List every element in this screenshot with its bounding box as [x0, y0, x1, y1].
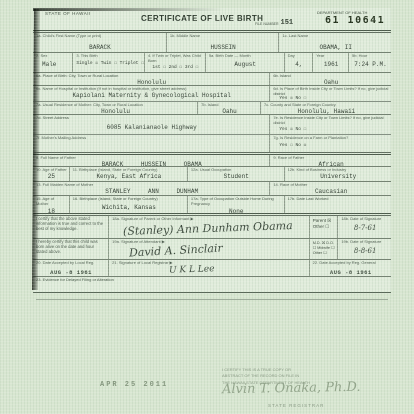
- field-label: 7g. Is Residence on a Farm or Plantation…: [273, 136, 389, 141]
- field-value: Student: [191, 173, 282, 180]
- field-label: 7e. Is Residence Inside City or Town Lim…: [273, 116, 389, 125]
- certificate-title: CERTIFICATE OF LIVE BIRTH: [141, 14, 263, 23]
- field-label: 17a. Type of Occupation Outside Home Dur…: [191, 197, 282, 206]
- field-farm: 7g. Is Residence on a Farm or Plantation…: [269, 135, 391, 152]
- field-value: Caucasian: [273, 188, 389, 195]
- certificate-header: STATE OF HAWAII CERTIFICATE OF LIVE BIRT…: [33, 8, 391, 30]
- field-value: OBAMA, II: [282, 44, 389, 51]
- field-label: 17b. Date Last Worked: [288, 197, 389, 202]
- field-value: 4,: [288, 61, 311, 68]
- field-value: August: [209, 61, 282, 68]
- field-pob-city: 6a. Place of Birth: City, Town or Rural …: [33, 73, 269, 85]
- field-twin-order: 4. If Twin or Triplet, Was Child Born 1s…: [144, 53, 205, 72]
- field-this-birth: 3. This Birth Single ☒ Twin ☐ Triplet ☐: [72, 53, 144, 72]
- scan-edge-top-artifact: [33, 8, 223, 11]
- field-label: 10. Age of Father: [36, 168, 67, 173]
- scanned-birth-certificate: { "header": { "state": "STATE OF HAWAII"…: [0, 0, 414, 414]
- attendant-signature-cell: 19a. Signature of Attendant ▶ David A. S…: [108, 239, 309, 259]
- field-label: 1c. Last Name: [282, 34, 389, 39]
- field-res-island: 7b. Island Oahu: [197, 102, 260, 114]
- field-value: University: [288, 173, 389, 180]
- field-label: 19b. Date of Signature: [341, 240, 389, 245]
- field-child-first-name: 1a. Child's First Name (Type or print) B…: [33, 33, 166, 52]
- field-father-industry: 12b. Kind of Business or Industry Univer…: [284, 167, 391, 181]
- field-label: 16. Birthplace (Island, State or Foreign…: [73, 197, 185, 202]
- row-mailing-address: 7f. Mother's Mailing Address 7g. Is Resi…: [33, 134, 391, 152]
- informant-signature-handwriting: (Stanley) Ann Dunham Obama: [123, 219, 293, 238]
- field-pob-limits: 6d. Is Place of Birth Inside City or Tow…: [269, 86, 391, 101]
- field-value: BARACK: [36, 44, 164, 51]
- field-label: 5a. Birth Date — Month: [209, 54, 282, 59]
- attendant-date-cell: 19b. Date of Signature 8-8-61: [337, 239, 391, 259]
- field-birth-hour: 5b. Hour 7:24 P.M.: [348, 53, 391, 72]
- state-registrar-title: STATE REGISTRAR: [268, 403, 324, 408]
- field-res-limits: 7e. Is Residence Inside City or Town Lim…: [269, 115, 391, 134]
- field-res-county: 7c. County and State or Foreign Country …: [260, 102, 391, 114]
- file-number-block: FILE NUMBER 151: [255, 19, 293, 27]
- field-label: Day: [288, 54, 311, 59]
- field-label: 7f. Mother's Mailing Address: [36, 136, 267, 141]
- field-value: Male: [36, 61, 70, 68]
- informant-type-cell: Parent ☒ Other ☐: [309, 216, 338, 238]
- field-value: 6085 Kalanianaole Highway: [36, 124, 267, 131]
- field-pob-island: 6b. Island Oahu: [269, 73, 391, 85]
- field-value: 1st ☐ 2nd ☐ 3rd ☐: [148, 65, 203, 70]
- field-value: 1961: [316, 61, 346, 68]
- field-label: 7d. Street Address: [36, 116, 267, 121]
- attendant-date-value: 8-8-61: [341, 247, 389, 255]
- field-mother-name: 13. Full Maiden Name of Mother STANLEY A…: [33, 182, 269, 195]
- local-reg-date-cell: 20. Date Accepted by Local Reg. AUG -8 1…: [33, 260, 108, 276]
- field-label: 20. Date Accepted by Local Reg.: [36, 261, 106, 266]
- field-mother-occupation: 17a. Type of Occupation Outside Home Dur…: [187, 196, 284, 213]
- field-value: Yes ☐ No ☒: [273, 143, 389, 148]
- row-attendant-signature: I hereby certify that this child was bor…: [33, 238, 391, 259]
- field-label: 18b. Date of Signature: [341, 217, 389, 222]
- state-header: STATE OF HAWAII: [45, 11, 91, 16]
- field-value: Wichita, Kansas: [73, 204, 185, 211]
- field-street-address: 7d. Street Address 6085 Kalanianaole Hig…: [33, 115, 269, 134]
- local-registrar-signature-handwriting: U K L Lee: [169, 264, 215, 276]
- field-value: HUSSEIN: [170, 44, 277, 51]
- local-reg-signature-cell: 21. Signature of Local Registrar ▶ U K L…: [108, 260, 309, 276]
- field-mother-birthplace: 16. Birthplace (Island, State or Foreign…: [69, 196, 187, 213]
- field-mother-race: 14. Race of Mother Caucasian: [269, 182, 391, 195]
- field-value: 7:24 P.M.: [352, 61, 389, 68]
- field-label: 15. Age of Mother: [36, 197, 67, 206]
- evidence-cell: 23. Evidence for Delayed Filing or Alter…: [33, 277, 391, 292]
- informant-statement: I certify that the above stated informat…: [33, 216, 108, 238]
- field-label: 2. Sex: [36, 54, 70, 59]
- field-label: 1b. Middle Name: [170, 34, 277, 39]
- row-father-details: 10. Age of Father 25 11. Birthplace (Isl…: [33, 166, 391, 181]
- file-number-value: 151: [281, 19, 294, 27]
- reg-general-date-stamp: AUG -8 1961: [313, 269, 389, 276]
- field-birth-year: Year 1961: [312, 53, 348, 72]
- informant-date-cell: 18b. Date of Signature 8-7-61: [337, 216, 391, 238]
- row-mother-name: 13. Full Maiden Name of Mother STANLEY A…: [33, 181, 391, 195]
- received-date-stamp: APR 25 2011: [100, 381, 168, 389]
- field-value: Kapiolani Maternity & Gynecological Hosp…: [36, 92, 267, 99]
- informant-signature-cell: 18a. Signature of Parent or Other Inform…: [108, 216, 309, 238]
- local-reg-date-stamp: AUG -8 1961: [36, 269, 106, 276]
- row-residence: 7a. Usual Residence of Mother: City, Tow…: [33, 101, 391, 114]
- field-father-birthplace: 11. Birthplace (Island, State or Foreign…: [69, 167, 187, 181]
- certificate-number: 61 10641: [325, 15, 385, 26]
- field-label: 1a. Child's First Name (Type or print): [36, 34, 164, 39]
- field-label: 4. If Twin or Triplet, Was Child Born: [148, 54, 203, 63]
- file-number-label: FILE NUMBER: [255, 23, 279, 27]
- field-value: STANLEY ANN DUNHAM: [36, 188, 267, 195]
- statement-text: I hereby certify that this child was bor…: [36, 240, 106, 254]
- field-mailing-address: 7f. Mother's Mailing Address: [33, 135, 269, 152]
- row-evidence: 23. Evidence for Delayed Filing or Alter…: [33, 276, 391, 292]
- reg-general-date-cell: 22. Date Accepted by Reg. General AUG -8…: [309, 260, 391, 276]
- attendant-type-checkboxes: M.D. ☒ D.O. ☐ Midwife ☐ Other ☐: [313, 241, 336, 256]
- field-child-middle-name: 1b. Middle Name HUSSEIN: [166, 33, 279, 52]
- row-mother-details: 15. Age of Mother 18 16. Birthplace (Isl…: [33, 195, 391, 213]
- field-label: 3. This Birth: [76, 54, 142, 59]
- field-father-occupation: 12a. Usual Occupation Student: [187, 167, 284, 181]
- row-informant-signature: I certify that the above stated informat…: [33, 213, 391, 238]
- informant-type-checkboxes: Parent ☒ Other ☐: [313, 218, 336, 230]
- row-father-name: 8. Full Name of Father BARACK HUSSEIN OB…: [33, 152, 391, 166]
- certification-line: ABSTRACT OF THE RECORD ON FILE IN: [222, 373, 310, 379]
- field-label: 23. Evidence for Delayed Filing or Alter…: [36, 278, 389, 283]
- field-hospital: 6c. Name of Hospital or Institution (If …: [33, 86, 269, 101]
- state-registrar-signature-handwriting: Alvin T. Onaka, Ph.D.: [222, 380, 361, 397]
- field-value: Yes ☒ No ☐: [273, 127, 389, 132]
- informant-date-value: 8-7-61: [341, 224, 389, 232]
- field-father-name: 8. Full Name of Father BARACK HUSSEIN OB…: [33, 155, 269, 166]
- field-date-last-worked: 17b. Date Last Worked: [284, 196, 391, 213]
- statement-text: I certify that the above stated informat…: [36, 217, 106, 231]
- field-birth-day: Day 4,: [284, 53, 313, 72]
- field-label: 22. Date Accepted by Reg. General: [313, 261, 389, 266]
- attendant-type-cell: M.D. ☒ D.O. ☐ Midwife ☐ Other ☐: [309, 239, 338, 259]
- field-label: Year: [316, 54, 346, 59]
- field-value: Kenya, East Africa: [73, 173, 185, 180]
- row-child-name: 1a. Child's First Name (Type or print) B…: [33, 30, 391, 52]
- row-hospital: 6c. Name of Hospital or Institution (If …: [33, 85, 391, 101]
- row-street-address: 7d. Street Address 6085 Kalanianaole Hig…: [33, 114, 391, 134]
- field-label: 5b. Hour: [352, 54, 389, 59]
- row-registrar: 20. Date Accepted by Local Reg. AUG -8 1…: [33, 259, 391, 276]
- row-sex-birthdate: 2. Sex Male 3. This Birth Single ☒ Twin …: [33, 52, 391, 72]
- row-place-of-birth: 6a. Place of Birth: City, Town or Rural …: [33, 72, 391, 85]
- field-label: 6d. Is Place of Birth Inside City or Tow…: [273, 87, 389, 96]
- field-father-race: 9. Race of Father African: [269, 155, 391, 166]
- field-value: Single ☒ Twin ☐ Triplet ☐: [76, 61, 142, 66]
- certificate-form: STATE OF HAWAII CERTIFICATE OF LIVE BIRT…: [33, 8, 391, 293]
- scan-page-bottom-edge: [36, 299, 388, 300]
- field-value: 25: [36, 173, 67, 180]
- attendant-statement: I hereby certify that this child was bor…: [33, 239, 108, 259]
- field-res-city: 7a. Usual Residence of Mother: City, Tow…: [33, 102, 197, 114]
- field-birth-month: 5a. Birth Date — Month August: [205, 53, 284, 72]
- field-child-last-name: 1c. Last Name OBAMA, II: [278, 33, 391, 52]
